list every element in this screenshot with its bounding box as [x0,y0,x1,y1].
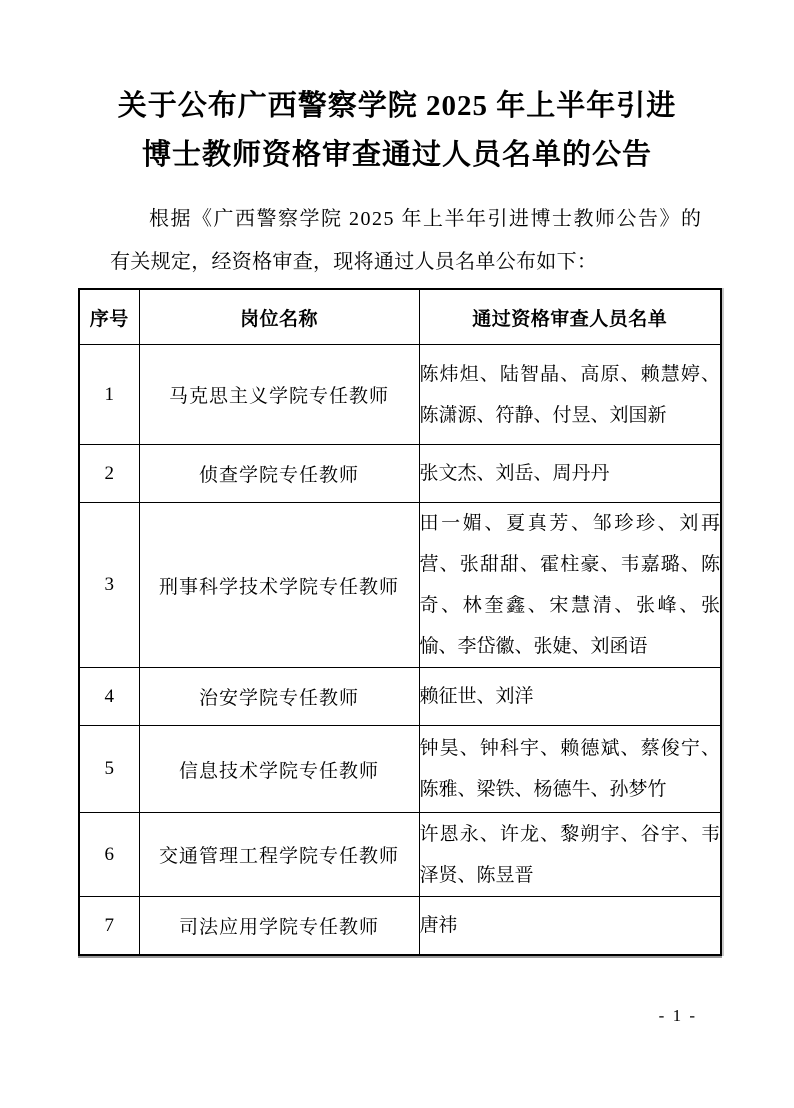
table-row: 6 交通管理工程学院专任教师 许恩永、许龙、黎朔宇、谷宇、韦泽贤、陈昱晋 [79,813,721,897]
row-serial-number: 5 [79,726,139,813]
row-position: 马克思主义学院专任教师 [139,345,419,445]
row-names: 许恩永、许龙、黎朔宇、谷宇、韦泽贤、陈昱晋 [419,813,721,897]
intro-paragraph: 根据《广西警察学院 2025 年上半年引进博士教师公告》的 有关规定，经资格审查… [110,198,710,284]
row-names: 赖征世、刘洋 [419,668,721,726]
table-row: 5 信息技术学院专任教师 钟昊、钟科宇、赖德斌、蔡俊宁、陈雅、梁铁、杨德牛、孙梦… [79,726,721,813]
table-row: 1 马克思主义学院专任教师 陈炜炟、陆智晶、高原、赖慧婷、陈潇源、符静、付昱、刘… [79,345,721,445]
row-names: 张文杰、刘岳、周丹丹 [419,445,721,503]
row-serial-number: 2 [79,445,139,503]
intro-paragraph-line-1: 根据《广西警察学院 2025 年上半年引进博士教师公告》的 [110,198,710,241]
page-title-line-2: 博士教师资格审查通过人员名单的公告 [0,131,794,180]
row-names: 唐祎 [419,897,721,956]
row-serial-number: 3 [79,503,139,668]
row-position: 司法应用学院专任教师 [139,897,419,956]
row-names: 田一媚、夏真芳、邹珍珍、刘再营、张甜甜、霍柱豪、韦嘉璐、陈奇、林奎鑫、宋慧清、张… [419,503,721,668]
intro-paragraph-line-2: 有关规定，经资格审查，现将通过人员名单公布如下： [110,241,710,284]
row-position: 治安学院专任教师 [139,668,419,726]
row-position: 侦查学院专任教师 [139,445,419,503]
row-serial-number: 1 [79,345,139,445]
page-number: - 1 - [659,1006,697,1026]
row-serial-number: 7 [79,897,139,956]
header-serial-number: 序号 [79,289,139,345]
header-approved-names: 通过资格审查人员名单 [419,289,721,345]
table-row: 4 治安学院专任教师 赖征世、刘洋 [79,668,721,726]
row-serial-number: 4 [79,668,139,726]
table-header-row: 序号 岗位名称 通过资格审查人员名单 [79,289,721,345]
row-serial-number: 6 [79,813,139,897]
row-names: 陈炜炟、陆智晶、高原、赖慧婷、陈潇源、符静、付昱、刘国新 [419,345,721,445]
page-title: 关于公布广西警察学院 2025 年上半年引进 博士教师资格审查通过人员名单的公告 [0,82,794,180]
page-title-line-1: 关于公布广西警察学院 2025 年上半年引进 [0,82,794,131]
header-position-name: 岗位名称 [139,289,419,345]
document-page: 关于公布广西警察学院 2025 年上半年引进 博士教师资格审查通过人员名单的公告… [0,0,794,1108]
row-position: 交通管理工程学院专任教师 [139,813,419,897]
table-row: 2 侦查学院专任教师 张文杰、刘岳、周丹丹 [79,445,721,503]
qualification-roster-table: 序号 岗位名称 通过资格审查人员名单 1 马克思主义学院专任教师 陈炜炟、陆智晶… [78,288,722,956]
row-position: 信息技术学院专任教师 [139,726,419,813]
table-row: 7 司法应用学院专任教师 唐祎 [79,897,721,956]
row-position: 刑事科学技术学院专任教师 [139,503,419,668]
table-row: 3 刑事科学技术学院专任教师 田一媚、夏真芳、邹珍珍、刘再营、张甜甜、霍柱豪、韦… [79,503,721,668]
row-names: 钟昊、钟科宇、赖德斌、蔡俊宁、陈雅、梁铁、杨德牛、孙梦竹 [419,726,721,813]
